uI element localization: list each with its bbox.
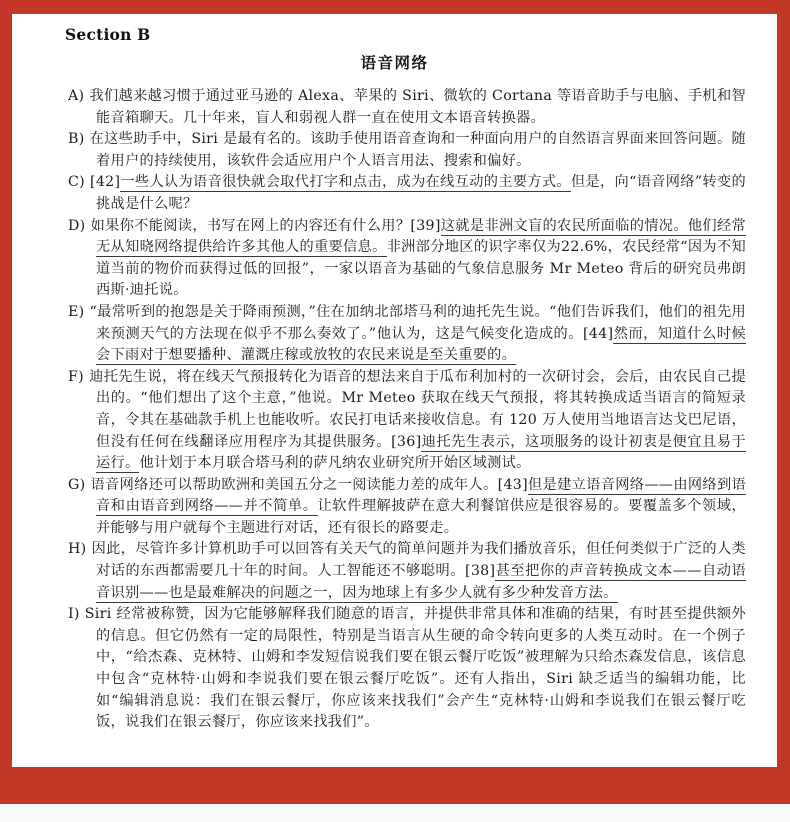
paragraph-a: A)我们越来越习惯于通过亚马逊的 Alexa、苹果的 Siri、微软的 Cort… <box>68 86 746 129</box>
document-page: Section B 语音网络 A)我们越来越习惯于通过亚马逊的 Alexa、苹果… <box>12 14 777 767</box>
text-segment: 我们越来越习惯于通过亚马逊的 Alexa、苹果的 Siri、微软的 Cortan… <box>89 88 746 126</box>
paragraph-f: F)迪托先生说，将在线天气预报转化为语音的想法来自于瓜布利加村的一次研讨会，会后… <box>68 367 746 475</box>
red-frame: Section B 语音网络 A)我们越来越习惯于通过亚马逊的 Alexa、苹果… <box>0 0 790 804</box>
passage-title: 语音网络 <box>12 51 777 73</box>
paragraph-label: A) <box>68 88 84 104</box>
paragraph-label: I) <box>68 606 80 622</box>
paragraph-h: H)因此，尽管许多计算机助手可以回答有关天气的简单问题并为我们播放音乐，但任何类… <box>68 539 746 604</box>
bottom-strip <box>0 804 790 822</box>
paragraph-label: D) <box>68 218 86 234</box>
section-label: Section B <box>65 25 777 44</box>
paragraph-i: I)Siri 经常被称赞，因为它能够解释我们随意的语言，并提供非常具体和准确的结… <box>68 604 746 734</box>
blank-number: [42] <box>90 174 120 190</box>
paragraph-g: G)语音网络还可以帮助欧洲和美国五分之一阅读能力差的成年人。[43]但是建立语音… <box>68 475 746 540</box>
text-segment: 如果你不能阅读，书写在网上的内容还有什么用？[39] <box>91 218 441 234</box>
text-segment: Siri 经常被称赞，因为它能够解释我们随意的语言，并提供非常具体和准确的结果，… <box>85 606 746 730</box>
paragraph-b: B)在这些助手中，Siri 是最有名的。该助手使用语音查询和一种面向用户的自然语… <box>68 129 746 172</box>
paragraph-label: B) <box>68 131 85 147</box>
paragraph-label: G) <box>68 477 85 493</box>
paragraph-d: D)如果你不能阅读，书写在网上的内容还有什么用？[39]这就是非洲文盲的农民所面… <box>68 216 746 302</box>
text-segment: 在这些助手中，Siri 是最有名的。该助手使用语音查询和一种面向用户的自然语言界… <box>90 131 746 169</box>
paragraph-label: H) <box>68 541 87 557</box>
paragraph-label: F) <box>68 369 84 385</box>
paragraph-e: E)“最常听到的抱怨是关于降雨预测，”住在加纳北部塔马利的迪托先生说。“他们告诉… <box>68 302 746 367</box>
passage-body: A)我们越来越习惯于通过亚马逊的 Alexa、苹果的 Siri、微软的 Cort… <box>68 86 746 734</box>
paragraph-label: C) <box>68 174 85 190</box>
text-segment: 他计划于本月联合塔马利的萨凡纳农业研究所开始区域测试。 <box>139 455 530 471</box>
paragraph-label: E) <box>68 304 85 320</box>
underlined-segment: 一些人认为语音很快就会取代打字和点击，成为在线互动的主要方式。 <box>120 174 571 192</box>
text-segment: 语音网络还可以帮助欧洲和美国五分之一阅读能力差的成年人。[43] <box>90 477 527 493</box>
paragraph-c: C)[42]一些人认为语音很快就会取代打字和点击，成为在线互动的主要方式。但是，… <box>68 172 746 215</box>
